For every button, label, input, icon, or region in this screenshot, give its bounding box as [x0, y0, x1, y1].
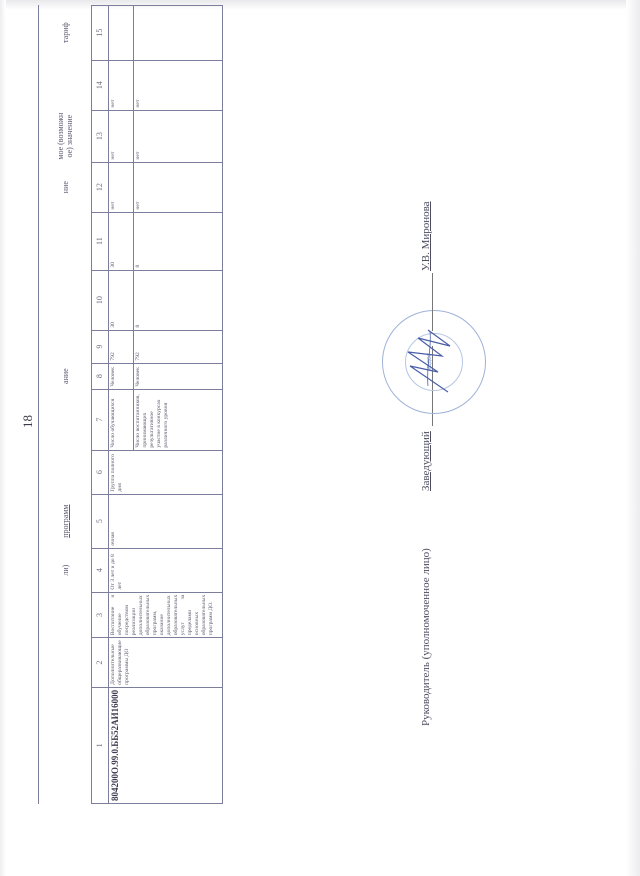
signature-line	[432, 273, 433, 331]
okei-code: 792	[109, 330, 134, 363]
indicator-name: Число обучающихся	[109, 389, 134, 450]
header-cell: программ	[39, 494, 92, 548]
column-number: 7	[92, 389, 109, 450]
age-category: От 3 лет и до 8 лет	[109, 548, 223, 592]
stay-period: Группа полного дня	[109, 450, 223, 494]
header-cell	[39, 450, 92, 494]
column-number: 1	[92, 687, 109, 803]
service-description: Воспитание и обучение посредством реализ…	[109, 592, 223, 638]
signatory-name: У.В. Миронова	[420, 201, 432, 271]
col12-value: нет	[134, 162, 223, 212]
okei-code: 792	[134, 330, 223, 363]
table-row: 804200О.99.0.ББ52АИ16000 Дополнительные …	[109, 5, 134, 803]
column-number: 2	[92, 638, 109, 688]
column-number: 10	[92, 270, 109, 330]
header-cell	[39, 212, 92, 270]
header-cell	[39, 270, 92, 330]
signatory-role: Руководитель (уполномоченное лицо)	[420, 548, 432, 726]
service-content: Дополнительные общеразвивающие программы…	[109, 638, 223, 688]
service-indicators-table: ли) программ ание ние мое (возможн ое) з…	[38, 5, 223, 804]
col15-value	[134, 5, 223, 60]
value-year-2: 30	[109, 212, 134, 270]
header-cell: ние	[39, 162, 92, 212]
column-number: 8	[92, 363, 109, 389]
column-number: 9	[92, 330, 109, 363]
registry-code: 804200О.99.0.ББ52АИ16000	[109, 687, 223, 803]
value-year-1: 30	[109, 270, 134, 330]
unit-name: Человек	[134, 363, 223, 389]
header-cell	[39, 389, 92, 450]
col13-value: нет	[134, 110, 223, 162]
column-number: 4	[92, 548, 109, 592]
rotated-document-page: 18 ли) программ ание ние мое (возможн ое…	[0, 0, 640, 876]
header-cell	[39, 60, 92, 110]
signatory-title: Заведующий	[420, 431, 432, 491]
column-number: 6	[92, 450, 109, 494]
header-text: программ	[61, 505, 70, 538]
column-number: 3	[92, 592, 109, 638]
unit-name: Человек	[109, 363, 134, 389]
page-number: 18	[20, 415, 36, 428]
header-cell	[39, 638, 92, 688]
header-cell: ание	[39, 363, 92, 389]
column-number: 14	[92, 60, 109, 110]
table-header-row: ли) программ ание ние мое (возможн ое) з…	[39, 5, 92, 803]
column-number: 13	[92, 110, 109, 162]
column-number-row: 1 2 3 4 5 6 7 8 9 10 11 12 13 14 15	[92, 5, 109, 803]
col14-value: нет	[134, 60, 223, 110]
header-cell	[39, 687, 92, 803]
column-number: 15	[92, 5, 109, 60]
handwritten-signature-icon	[398, 326, 458, 396]
education-form: очная	[109, 494, 223, 548]
header-cell	[39, 592, 92, 638]
header-cell: тариф	[39, 5, 92, 60]
value-year-2: 8	[134, 212, 223, 270]
header-cell: ли)	[39, 548, 92, 592]
value-year-1: 8	[134, 270, 223, 330]
indicator-name: Число воспитанников, принимающих результ…	[134, 389, 223, 450]
col13-value: нет	[109, 110, 134, 162]
col15-value	[109, 5, 134, 60]
col14-value: нет	[109, 60, 134, 110]
header-cell	[39, 330, 92, 363]
column-number: 11	[92, 212, 109, 270]
col12-value: нет	[109, 162, 134, 212]
column-number: 12	[92, 162, 109, 212]
signature-block: Руководитель (уполномоченное лицо) Завед…	[382, 106, 442, 726]
header-cell: мое (возможн ое) значение	[39, 110, 92, 162]
column-number: 5	[92, 494, 109, 548]
